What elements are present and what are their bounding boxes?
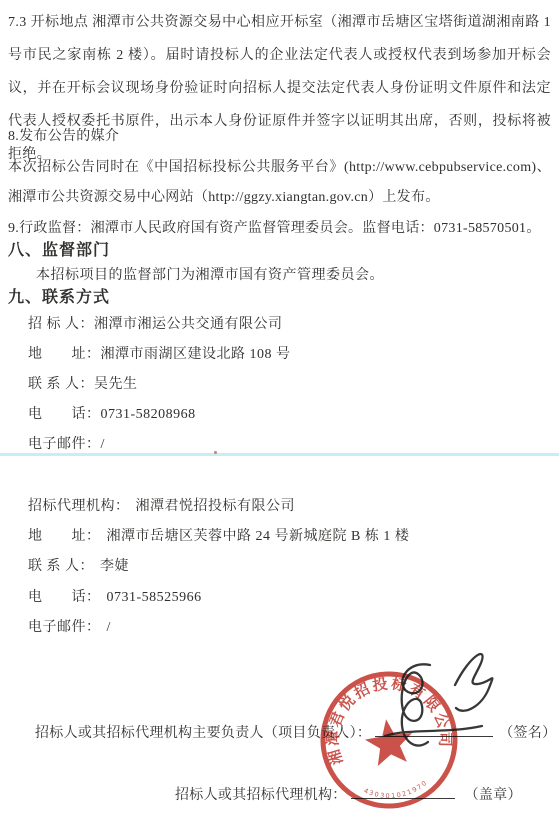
agency-contact-label: 联 系 人： [28,552,94,582]
paragraph-8: 本次招标公告同时在《中国招标投标公共服务平台》(http://www.cebpu… [8,153,551,214]
tenderer-row-phone: 电 话：0731-58208968 [28,400,291,430]
agency-phone-label: 电 话： [28,583,101,613]
document-page: 7.3 开标地点 湘潭市公共资源交易中心相应开标室（湘潭市岳塘区宝塔街道湖湘南路… [0,0,559,817]
handwritten-signature [370,630,510,780]
agency-row-contact-person: 联 系 人：李婕 [28,552,409,582]
tenderer-row-name: 招 标 人：湘潭市湘运公共交通有限公司 [28,310,291,340]
agency-contact-value: 李婕 [100,559,129,574]
heading-8: 8.发布公告的媒介 [8,122,551,153]
tenderer-address-value: 湘潭市雨湖区建设北路 108 号 [101,347,291,362]
tenderer-name-label: 招 标 人： [28,310,94,340]
tenderer-contact-block: 招 标 人：湘潭市湘运公共交通有限公司 地 址：湘潭市雨湖区建设北路 108 号… [28,310,291,460]
tenderer-contact-label: 联 系 人： [28,370,94,400]
agency-contact-block: 招标代理机构：湘潭君悦招投标有限公司 地 址：湘潭市岳塘区芙蓉中路 24 号新城… [28,492,409,643]
agency-address-value: 湘潭市岳塘区芙蓉中路 24 号新城庭院 B 栋 1 楼 [107,529,410,544]
tenderer-phone-label: 电 话： [28,400,101,430]
signature-line2-suffix: （盖章） [465,788,522,803]
tenderer-email-value: / [101,437,105,452]
agency-name-label: 招标代理机构： [28,492,130,522]
tenderer-phone-value: 0731-58208968 [101,407,196,422]
agency-row-address: 地 址：湘潭市岳塘区芙蓉中路 24 号新城庭院 B 栋 1 楼 [28,522,409,552]
tenderer-row-contact-person: 联 系 人：吴先生 [28,370,291,400]
heading-contact-info: 九、联系方式 [8,284,110,307]
agency-phone-value: 0731-58525966 [107,590,202,605]
agency-email-value: / [107,620,111,635]
agency-row-name: 招标代理机构：湘潭君悦招投标有限公司 [28,492,409,522]
agency-name-value: 湘潭君悦招投标有限公司 [136,499,296,514]
section-8-9: 8.发布公告的媒介 本次招标公告同时在《中国招标投标公共服务平台》(http:/… [8,122,551,244]
tenderer-name-value: 湘潭市湘运公共交通有限公司 [94,317,283,332]
agency-email-label: 电子邮件： [28,613,101,643]
agency-row-phone: 电 话：0731-58525966 [28,583,409,613]
tenderer-row-address: 地 址：湘潭市雨湖区建设北路 108 号 [28,340,291,370]
tenderer-contact-value: 吴先生 [94,377,138,392]
paragraph-supervision-dept: 本招标项目的监督部门为湘潭市国有资产管理委员会。 [36,264,384,284]
heading-supervision-dept: 八、监督部门 [8,237,110,260]
agency-row-email: 电子邮件：/ [28,613,409,643]
agency-address-label: 地 址： [28,522,101,552]
tenderer-address-label: 地 址： [28,340,101,370]
page-break-divider [0,453,559,456]
